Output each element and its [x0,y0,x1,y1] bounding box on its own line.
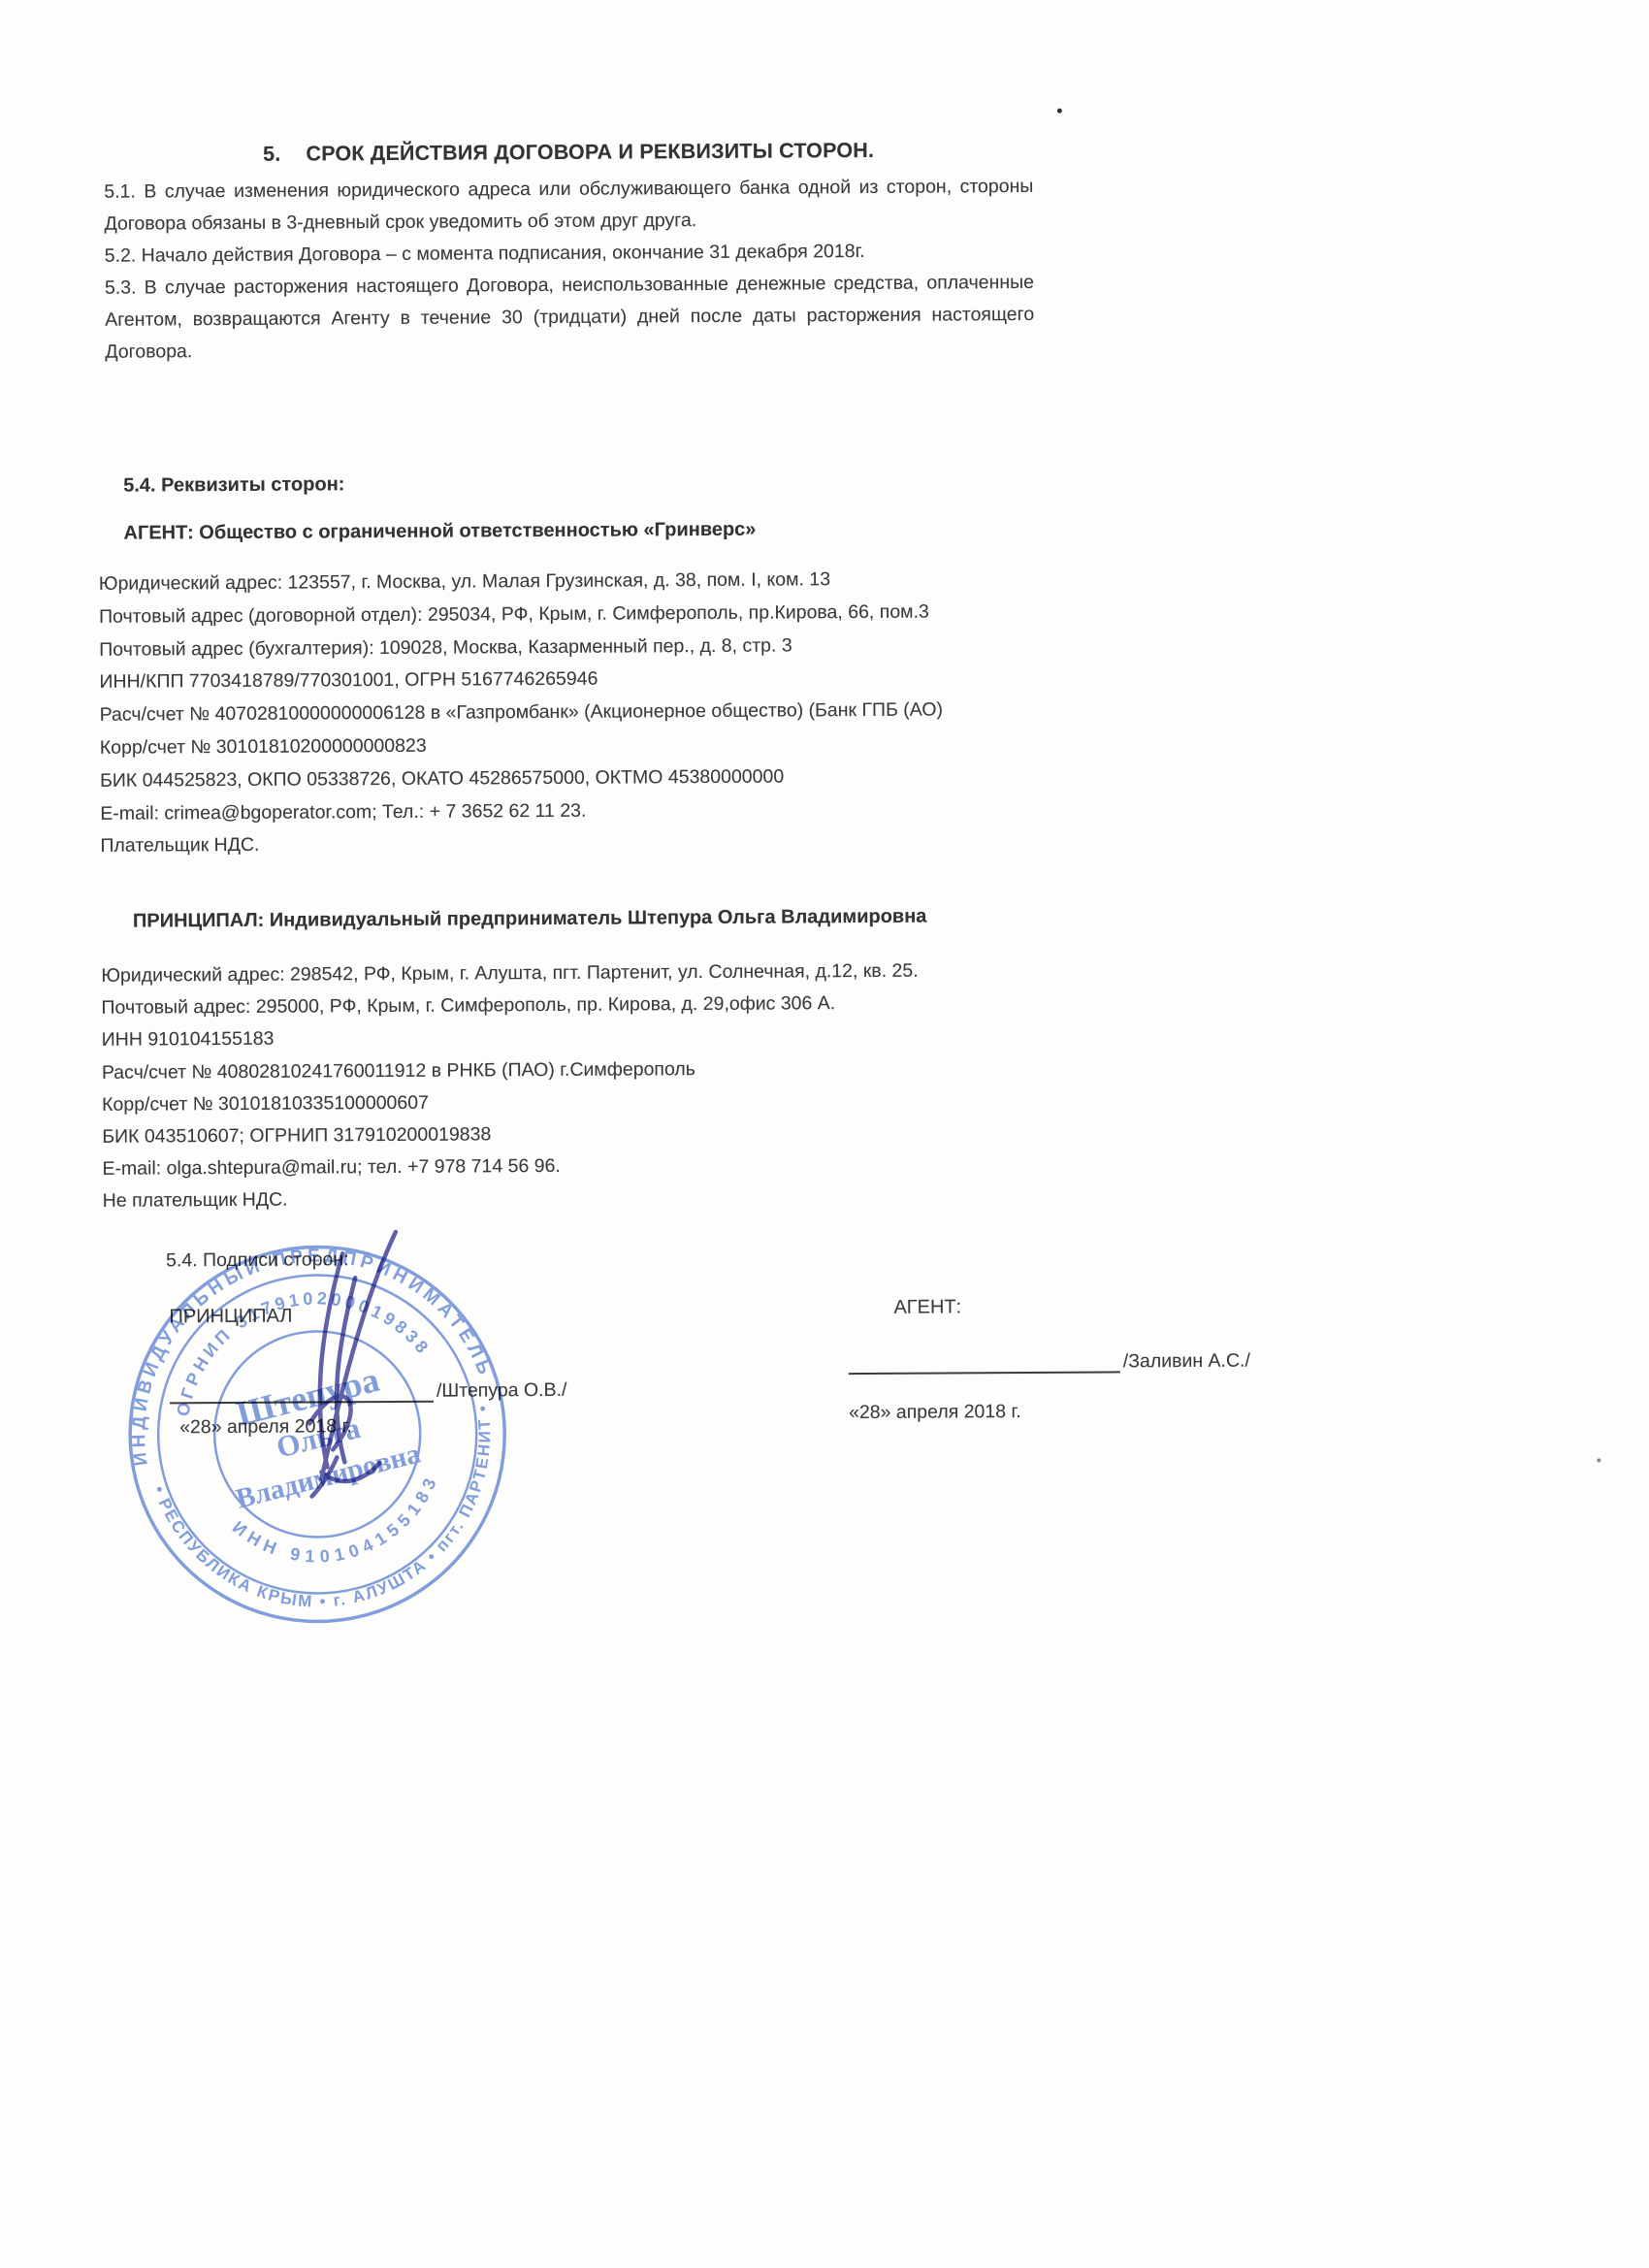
principal-vat-status: Не плательщик НДС. [103,1180,1073,1217]
agent-vat-status: Плательщик НДС. [100,825,1070,863]
section-number: 5. [263,143,280,166]
clause-5-3: 5.3. В случае расторжения настоящего Дог… [105,267,1035,369]
requisites-heading: 5.4. Реквизиты сторон: [123,470,1052,498]
scanned-contract-page: 5.СРОК ДЕЙСТВИЯ ДОГОВОРА И РЕКВИЗИТЫ СТО… [0,0,1649,2268]
agent-signature-name: /Заливин А.С./ [1123,1350,1250,1374]
scan-artifact-dot [1597,1458,1600,1462]
section-title: 5.СРОК ДЕЙСТВИЯ ДОГОВОРА И РЕКВИЗИТЫ СТО… [104,138,1033,168]
principal-details: Юридический адрес: 298542, РФ, Крым, г. … [101,955,1073,1218]
agent-signature-line [849,1345,1120,1375]
agent-signature-label: АГЕНТ: [893,1296,961,1318]
agent-postal-address-contract: Почтовый адрес (договорной отдел): 29503… [99,596,1069,634]
agent-heading: АГЕНТ: Общество с ограниченной ответстве… [123,517,1052,545]
principal-heading: ПРИНЦИПАЛ: Индивидуальный предпринимател… [133,905,1062,933]
scan-artifact-dot [1057,109,1062,113]
clause-5-1: 5.1. В случае изменения юридического адр… [104,171,1033,241]
agent-settlement-account: Расч/счет № 40702810000000006128 в «Газп… [100,694,1070,732]
principal-handwritten-signature [250,1224,436,1507]
agent-signature-date: «28» апреля 2018 г. [849,1401,1021,1424]
agent-details: Юридический адрес: 123557, г. Москва, ул… [99,563,1071,863]
agent-signature-row: /Заливин А.С./ [849,1345,1250,1376]
section-title-text: СРОК ДЕЙСТВИЯ ДОГОВОРА И РЕКВИЗИТЫ СТОРО… [306,139,874,166]
page-content: 5.СРОК ДЕЙСТВИЯ ДОГОВОРА И РЕКВИЗИТЫ СТО… [0,0,1649,2268]
